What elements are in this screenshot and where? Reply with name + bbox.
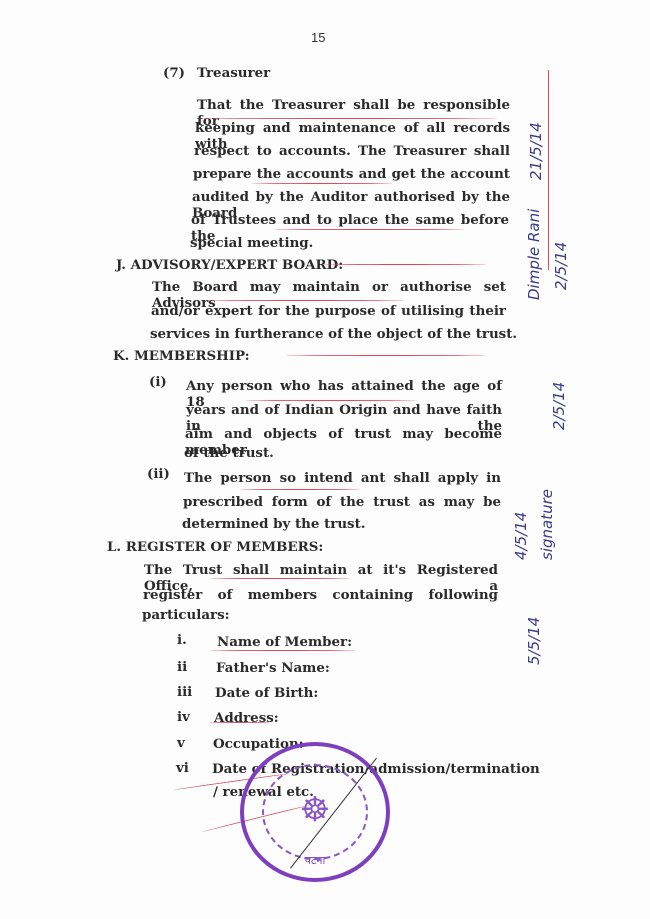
pen-underline xyxy=(210,578,350,580)
pen-underline xyxy=(197,118,497,120)
text-line: prepare the accounts and get the account xyxy=(193,166,510,182)
margin-signature: 4/5/14 xyxy=(512,512,530,560)
pen-underline xyxy=(252,183,392,185)
treasurer-number: (7) xyxy=(163,65,185,81)
particular-label: Father's Name: xyxy=(216,660,330,676)
margin-signature: signature xyxy=(538,489,556,560)
text-line: register of members containing following xyxy=(143,587,498,603)
section-k-heading: K. MEMBERSHIP: xyxy=(113,348,250,364)
pen-mark xyxy=(548,70,551,270)
pen-underline xyxy=(210,650,355,652)
text-line: The person so intend ant shall apply in xyxy=(184,470,501,486)
particular-label: Name of Member: xyxy=(217,634,352,650)
margin-signature: 5/5/14 xyxy=(525,617,543,665)
margin-signature: 2/5/14 xyxy=(552,242,570,290)
pen-underline xyxy=(240,489,360,491)
pen-underline xyxy=(210,722,270,724)
text-line: of the trust. xyxy=(184,445,274,461)
particular-num: v xyxy=(177,735,185,751)
page-number: 15 xyxy=(311,30,325,45)
text-line: services in furtherance of the object of… xyxy=(150,326,517,342)
text-line: prescribed form of the trust as may be xyxy=(183,494,501,510)
particular-num: i. xyxy=(177,632,187,648)
particular-num: iv xyxy=(177,709,190,725)
text-line: and/or expert for the purpose of utilisi… xyxy=(151,303,506,319)
text-line: respect to accounts. The Treasurer shall xyxy=(194,143,510,159)
margin-signature: Dimple Rani xyxy=(525,209,543,300)
stamp-text: पटना xyxy=(244,853,386,868)
text-line: special meeting. xyxy=(190,235,313,251)
item-number: (i) xyxy=(149,374,167,390)
margin-signature: 21/5/14 xyxy=(527,122,545,180)
particular-label: Date of Birth: xyxy=(215,685,318,701)
official-stamp: ☸ पटना xyxy=(240,742,390,882)
particular-num: iii xyxy=(177,684,192,700)
margin-signature: 2/5/14 xyxy=(550,382,568,430)
text-line: determined by the trust. xyxy=(182,516,365,532)
pen-underline xyxy=(246,400,416,402)
pen-underline xyxy=(274,229,464,231)
particular-num: vi xyxy=(176,760,189,776)
treasurer-title: Treasurer xyxy=(197,65,270,81)
section-l-heading: L. REGISTER OF MEMBERS: xyxy=(107,539,323,555)
pen-underline xyxy=(286,355,486,357)
item-number: (ii) xyxy=(147,466,170,482)
pen-underline xyxy=(322,264,486,266)
text-line: particulars: xyxy=(142,607,230,623)
section-j-heading: J. ADVISORY/EXPERT BOARD: xyxy=(116,257,343,273)
pen-underline xyxy=(204,300,404,302)
particular-num: ii xyxy=(177,659,187,675)
